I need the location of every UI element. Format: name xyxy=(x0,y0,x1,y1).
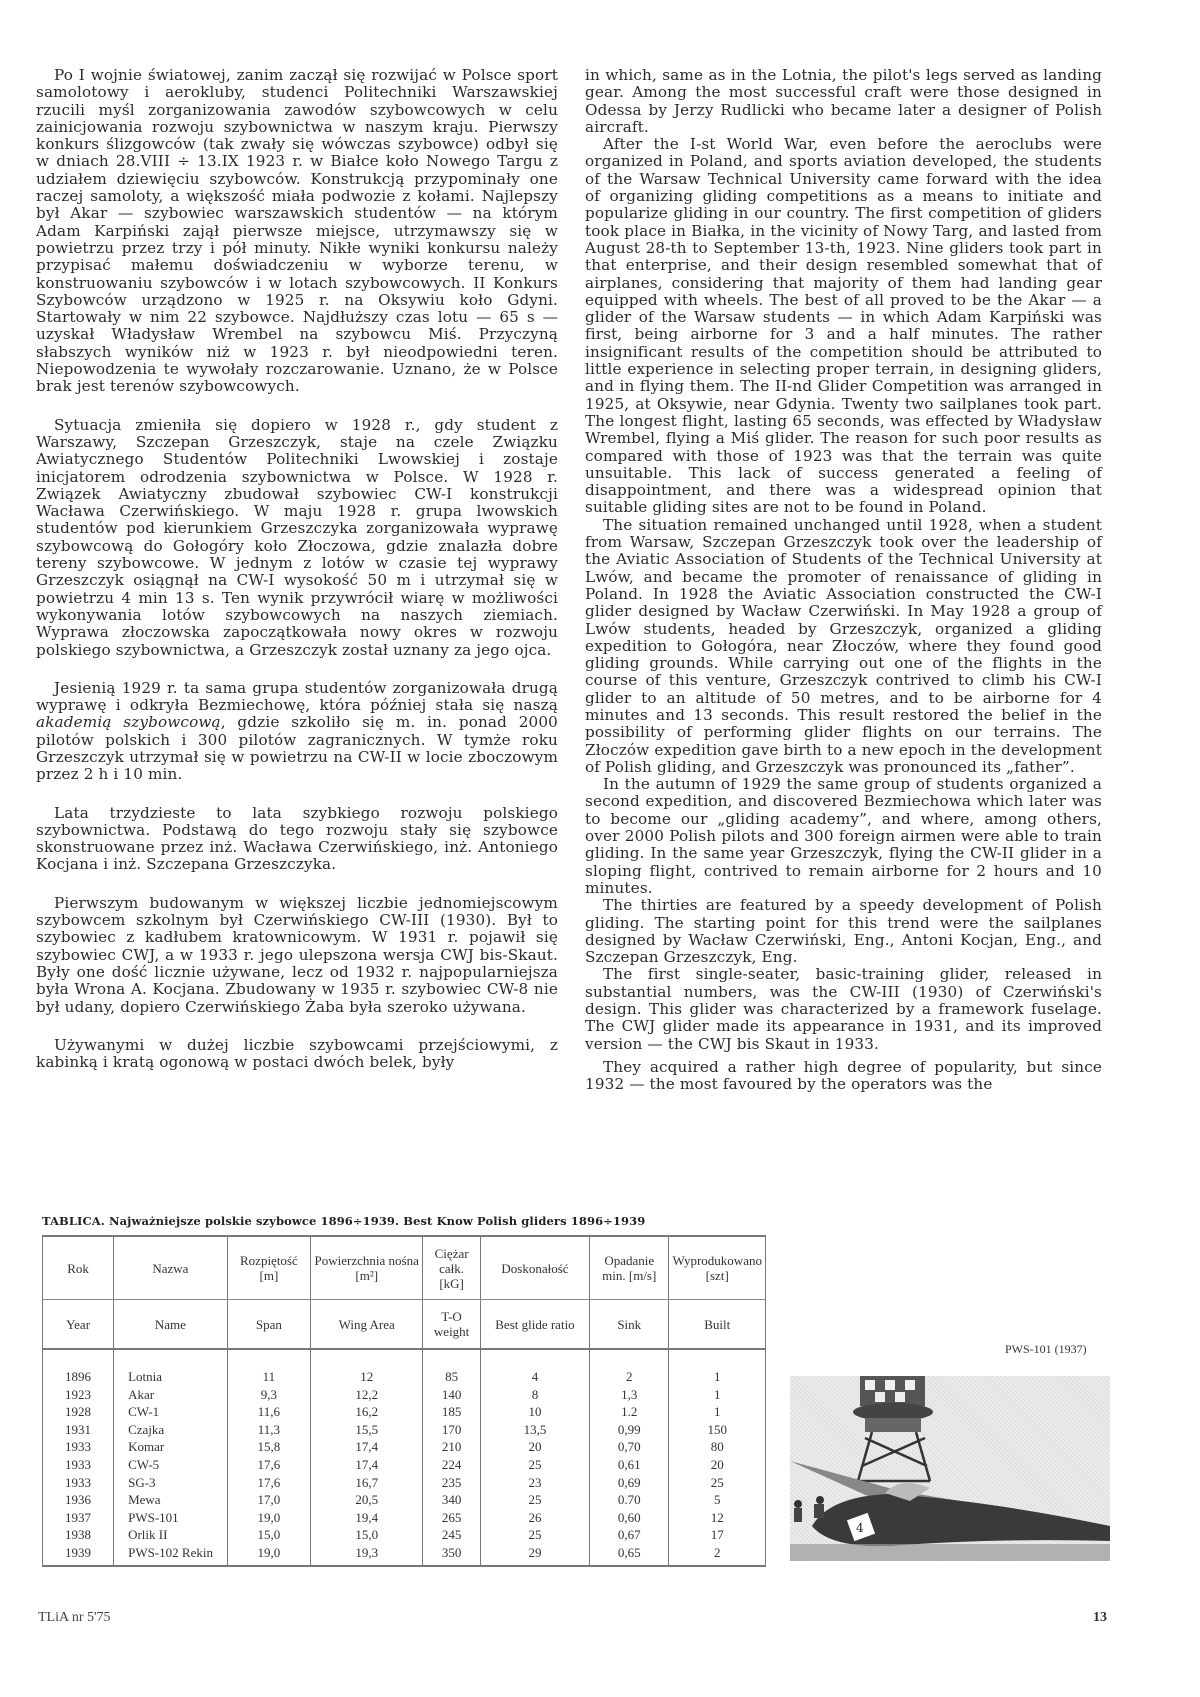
table-cell: Czajka xyxy=(114,1421,228,1439)
column-header: Best glide ratio xyxy=(480,1300,589,1350)
table-cell: 10 xyxy=(480,1403,589,1421)
english-paragraph: They acquired a rather high degree of po… xyxy=(585,1059,1102,1094)
table-cell: 0,61 xyxy=(590,1456,669,1474)
column-header: Doskonałość xyxy=(480,1236,589,1300)
polish-paragraph: Używanymi w dużej liczbie szybowcami prz… xyxy=(36,1037,558,1072)
table-cell: 23 xyxy=(480,1474,589,1492)
table-cell: 2 xyxy=(590,1349,669,1386)
table-cell: 8 xyxy=(480,1386,589,1404)
table-cell: 15,0 xyxy=(311,1526,423,1544)
english-paragraph: in which, same as in the Lotnia, the pil… xyxy=(585,67,1102,136)
table-cell: 17,4 xyxy=(311,1456,423,1474)
table-cell: Komar xyxy=(114,1438,228,1456)
table-cell: 1937 xyxy=(43,1509,114,1527)
table-cell: 265 xyxy=(423,1509,481,1527)
table-cell: 11,6 xyxy=(227,1403,311,1421)
table-header-english: Year Name Span Wing Area T-O weight Best… xyxy=(43,1300,766,1350)
table-header-polish: Rok Nazwa Rozpiętość [m] Powierzchnia no… xyxy=(43,1236,766,1300)
table-caption: TABLICA. Najważniejsze polskie szybowce … xyxy=(42,1214,645,1228)
table-cell: 2 xyxy=(669,1544,766,1566)
table-cell: 0,69 xyxy=(590,1474,669,1492)
table-row: 1938Orlik II15,015,0245250,6717 xyxy=(43,1526,766,1544)
table-cell: 85 xyxy=(423,1349,481,1386)
table-cell: 13,5 xyxy=(480,1421,589,1439)
table-cell: 1928 xyxy=(43,1403,114,1421)
table-cell: 1 xyxy=(669,1349,766,1386)
journal-issue: TLiA nr 5'75 xyxy=(38,1610,111,1626)
polish-paragraph: Sytuacja zmieniła się dopiero w 1928 r.,… xyxy=(36,417,558,659)
table-cell: 150 xyxy=(669,1421,766,1439)
table-cell: SG-3 xyxy=(114,1474,228,1492)
table-cell: 17,4 xyxy=(311,1438,423,1456)
table-cell: 11 xyxy=(227,1349,311,1386)
table-cell: 1.2 xyxy=(590,1403,669,1421)
table-cell: 0,65 xyxy=(590,1544,669,1566)
table-cell: 140 xyxy=(423,1386,481,1404)
table-cell: 11,3 xyxy=(227,1421,311,1439)
table-body: 1896Lotnia1112854211923Akar9,312,214081,… xyxy=(43,1349,766,1566)
table-row: 1933CW-517,617,4224250,6120 xyxy=(43,1456,766,1474)
column-header: T-O weight xyxy=(423,1300,481,1350)
column-header: Ciężar całk. [kG] xyxy=(423,1236,481,1300)
table-cell: 1923 xyxy=(43,1386,114,1404)
table-cell: 17,0 xyxy=(227,1491,311,1509)
table-cell: 16,7 xyxy=(311,1474,423,1492)
table-cell: 15,0 xyxy=(227,1526,311,1544)
page-number: 13 xyxy=(1093,1610,1107,1626)
table-row: 1933SG-317,616,7235230,6925 xyxy=(43,1474,766,1492)
table-cell: 340 xyxy=(423,1491,481,1509)
table-cell: 170 xyxy=(423,1421,481,1439)
table-cell: PWS-101 xyxy=(114,1509,228,1527)
table-cell: 19,3 xyxy=(311,1544,423,1566)
polish-paragraph: Lata trzydzieste to lata szybkiego rozwo… xyxy=(36,805,558,874)
column-header: Built xyxy=(669,1300,766,1350)
table-cell: Lotnia xyxy=(114,1349,228,1386)
glider-photo-illustration: 4 xyxy=(790,1376,1110,1561)
table-cell: 19,4 xyxy=(311,1509,423,1527)
column-header: Wing Area xyxy=(311,1300,423,1350)
column-header: Opadanie min. [m/s] xyxy=(590,1236,669,1300)
table-cell: 0,67 xyxy=(590,1526,669,1544)
column-header: Nazwa xyxy=(114,1236,228,1300)
table-cell: 17,6 xyxy=(227,1474,311,1492)
table-row: 1939PWS-102 Rekin19,019,3350290,652 xyxy=(43,1544,766,1566)
table-cell: 25 xyxy=(480,1491,589,1509)
english-text-column: in which, same as in the Lotnia, the pil… xyxy=(585,67,1102,1094)
column-header: Year xyxy=(43,1300,114,1350)
table-row: 1931Czajka11,315,517013,50,99150 xyxy=(43,1421,766,1439)
table-row: 1896Lotnia111285421 xyxy=(43,1349,766,1386)
table-cell: 1933 xyxy=(43,1456,114,1474)
table-cell: 4 xyxy=(480,1349,589,1386)
table-cell: 1936 xyxy=(43,1491,114,1509)
table-cell: 19,0 xyxy=(227,1509,311,1527)
table-cell: 0,99 xyxy=(590,1421,669,1439)
column-header: Rok xyxy=(43,1236,114,1300)
polish-paragraph: Jesienią 1929 r. ta sama grupa studentów… xyxy=(36,680,558,784)
table-cell: 20,5 xyxy=(311,1491,423,1509)
svg-text:4: 4 xyxy=(856,1521,864,1535)
table-cell: 1933 xyxy=(43,1474,114,1492)
table-cell: 1933 xyxy=(43,1438,114,1456)
glider-photo: 4 xyxy=(790,1376,1110,1561)
gliders-table: Rok Nazwa Rozpiętość [m] Powierzchnia no… xyxy=(42,1235,766,1567)
table-cell: 25 xyxy=(669,1474,766,1492)
table-cell: PWS-102 Rekin xyxy=(114,1544,228,1566)
english-paragraph: The first single-seater, basic-training … xyxy=(585,966,1102,1052)
table-cell: CW-1 xyxy=(114,1403,228,1421)
polish-text-column: Po I wojnie światowej, zanim zaczął się … xyxy=(36,67,558,1071)
column-header: Span xyxy=(227,1300,311,1350)
english-paragraph: In the autumn of 1929 the same group of … xyxy=(585,776,1102,897)
table-cell: 26 xyxy=(480,1509,589,1527)
table-cell: CW-5 xyxy=(114,1456,228,1474)
photo-caption: PWS-101 (1937) xyxy=(1005,1342,1087,1357)
table-cell: Akar xyxy=(114,1386,228,1404)
table-cell: 19,0 xyxy=(227,1544,311,1566)
column-header: Powierzchnia nośna [m²] xyxy=(311,1236,423,1300)
table-row: 1923Akar9,312,214081,31 xyxy=(43,1386,766,1404)
table-cell: 80 xyxy=(669,1438,766,1456)
table-cell: 210 xyxy=(423,1438,481,1456)
table-cell: 16,2 xyxy=(311,1403,423,1421)
table-cell: 12 xyxy=(311,1349,423,1386)
table-cell: 17 xyxy=(669,1526,766,1544)
table-cell: 245 xyxy=(423,1526,481,1544)
table-cell: 1,3 xyxy=(590,1386,669,1404)
table-cell: 1896 xyxy=(43,1349,114,1386)
english-paragraph: The situation remained unchanged until 1… xyxy=(585,517,1102,776)
english-paragraph: After the I-st World War, even before th… xyxy=(585,136,1102,517)
table-cell: 1 xyxy=(669,1386,766,1404)
column-header: Wyprodukowano [szt] xyxy=(669,1236,766,1300)
table-cell: 15,8 xyxy=(227,1438,311,1456)
table-cell: 0,70 xyxy=(590,1438,669,1456)
table-cell: 15,5 xyxy=(311,1421,423,1439)
table-row: 1933Komar15,817,4210200,7080 xyxy=(43,1438,766,1456)
table-cell: Mewa xyxy=(114,1491,228,1509)
english-paragraph: The thirties are featured by a speedy de… xyxy=(585,897,1102,966)
table-cell: 1931 xyxy=(43,1421,114,1439)
table-cell: 25 xyxy=(480,1456,589,1474)
table-cell: 0.70 xyxy=(590,1491,669,1509)
table-cell: 1 xyxy=(669,1403,766,1421)
table-cell: 25 xyxy=(480,1526,589,1544)
table-cell: 20 xyxy=(480,1438,589,1456)
table-cell: 12 xyxy=(669,1509,766,1527)
table-row: 1937PWS-10119,019,4265260,6012 xyxy=(43,1509,766,1527)
table-row: 1936Mewa17,020,5340250.705 xyxy=(43,1491,766,1509)
table-cell: 20 xyxy=(669,1456,766,1474)
polish-paragraph: Pierwszym budowanym w większej liczbie j… xyxy=(36,895,558,1016)
table-cell: 29 xyxy=(480,1544,589,1566)
table-cell: 5 xyxy=(669,1491,766,1509)
table-cell: Orlik II xyxy=(114,1526,228,1544)
table-cell: 0,60 xyxy=(590,1509,669,1527)
table-cell: 185 xyxy=(423,1403,481,1421)
column-header: Rozpiętość [m] xyxy=(227,1236,311,1300)
table-row: 1928CW-111,616,2185101.21 xyxy=(43,1403,766,1421)
table-cell: 235 xyxy=(423,1474,481,1492)
table-cell: 12,2 xyxy=(311,1386,423,1404)
italic-phrase: akademią szybowcową xyxy=(36,713,221,731)
table-cell: 1938 xyxy=(43,1526,114,1544)
table-cell: 9,3 xyxy=(227,1386,311,1404)
column-header: Sink xyxy=(590,1300,669,1350)
polish-paragraph: Po I wojnie światowej, zanim zaczął się … xyxy=(36,67,558,396)
table-cell: 350 xyxy=(423,1544,481,1566)
column-header: Name xyxy=(114,1300,228,1350)
table-cell: 17,6 xyxy=(227,1456,311,1474)
table-cell: 1939 xyxy=(43,1544,114,1566)
table-cell: 224 xyxy=(423,1456,481,1474)
